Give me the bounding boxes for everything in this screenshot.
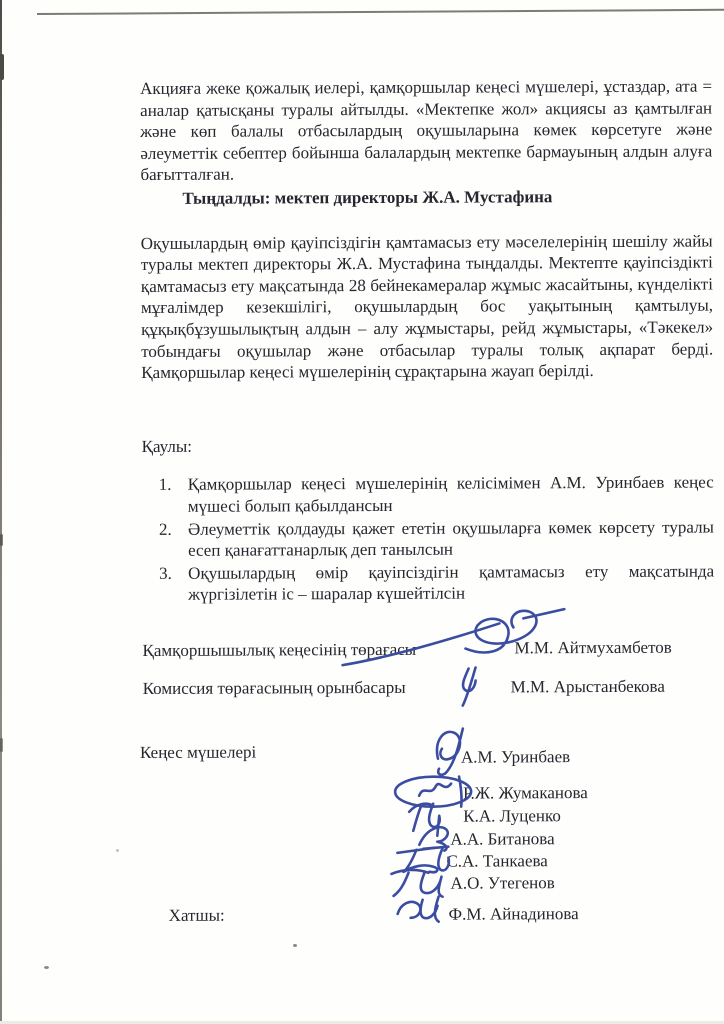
resolution-heading: Қаулы: <box>142 433 714 457</box>
scan-artifact <box>0 738 3 752</box>
signature-arystanbekova <box>455 665 481 711</box>
scan-speck <box>44 966 49 969</box>
signature-aytmukhambetov <box>337 596 567 672</box>
heard-heading: Тыңдалды: мектеп директоры Ж.А. Мустафин… <box>140 185 712 209</box>
scan-speck <box>116 849 119 852</box>
scan-edge-left <box>0 0 2 1024</box>
scanned-document-page: Акцияға жеке қожалық иелері, қамқоршылар… <box>0 0 724 1024</box>
body-paragraph-2: Оқушылардың өмір қауіпсіздігін қамтамасы… <box>141 230 714 384</box>
member-name: Р.Ж. Жумаканова <box>463 782 588 804</box>
document-body: Акцияға жеке қожалық иелері, қамқоршылар… <box>140 76 716 1024</box>
signature-aynadinova <box>392 892 448 926</box>
member-name: А.М. Уринбаев <box>461 746 570 768</box>
resolution-item: Қамқоршылар кеңесі мүшелерінің келісімім… <box>142 472 714 518</box>
resolution-item: Әлеуметтік қолдауды қажет ететін оқушыла… <box>142 516 714 562</box>
body-paragraph-1: Акцияға жеке қожалық иелері, қамқоршылар… <box>140 76 712 186</box>
deputy-name: М.М. Арыстанбекова <box>511 676 665 698</box>
members-label: Кеңес мүшелері <box>140 741 256 763</box>
resolution-list: Қамқоршылар кеңесі мүшелерінің келісімім… <box>142 472 715 606</box>
deputy-label: Комиссия төрағасының орынбасары <box>143 677 406 700</box>
scan-artifact <box>0 534 3 546</box>
member-name: А.А. Битанова <box>450 828 554 850</box>
secretary-name: Ф.М. Айнадинова <box>449 903 579 925</box>
member-name: С.А. Танкаева <box>446 850 548 872</box>
scan-artifact <box>0 54 4 80</box>
member-name: К.А. Луценко <box>463 805 561 827</box>
scan-edge-top <box>37 9 724 15</box>
member-name: А.О. Утегенов <box>450 872 554 894</box>
secretary-label: Хатшы: <box>169 905 225 927</box>
